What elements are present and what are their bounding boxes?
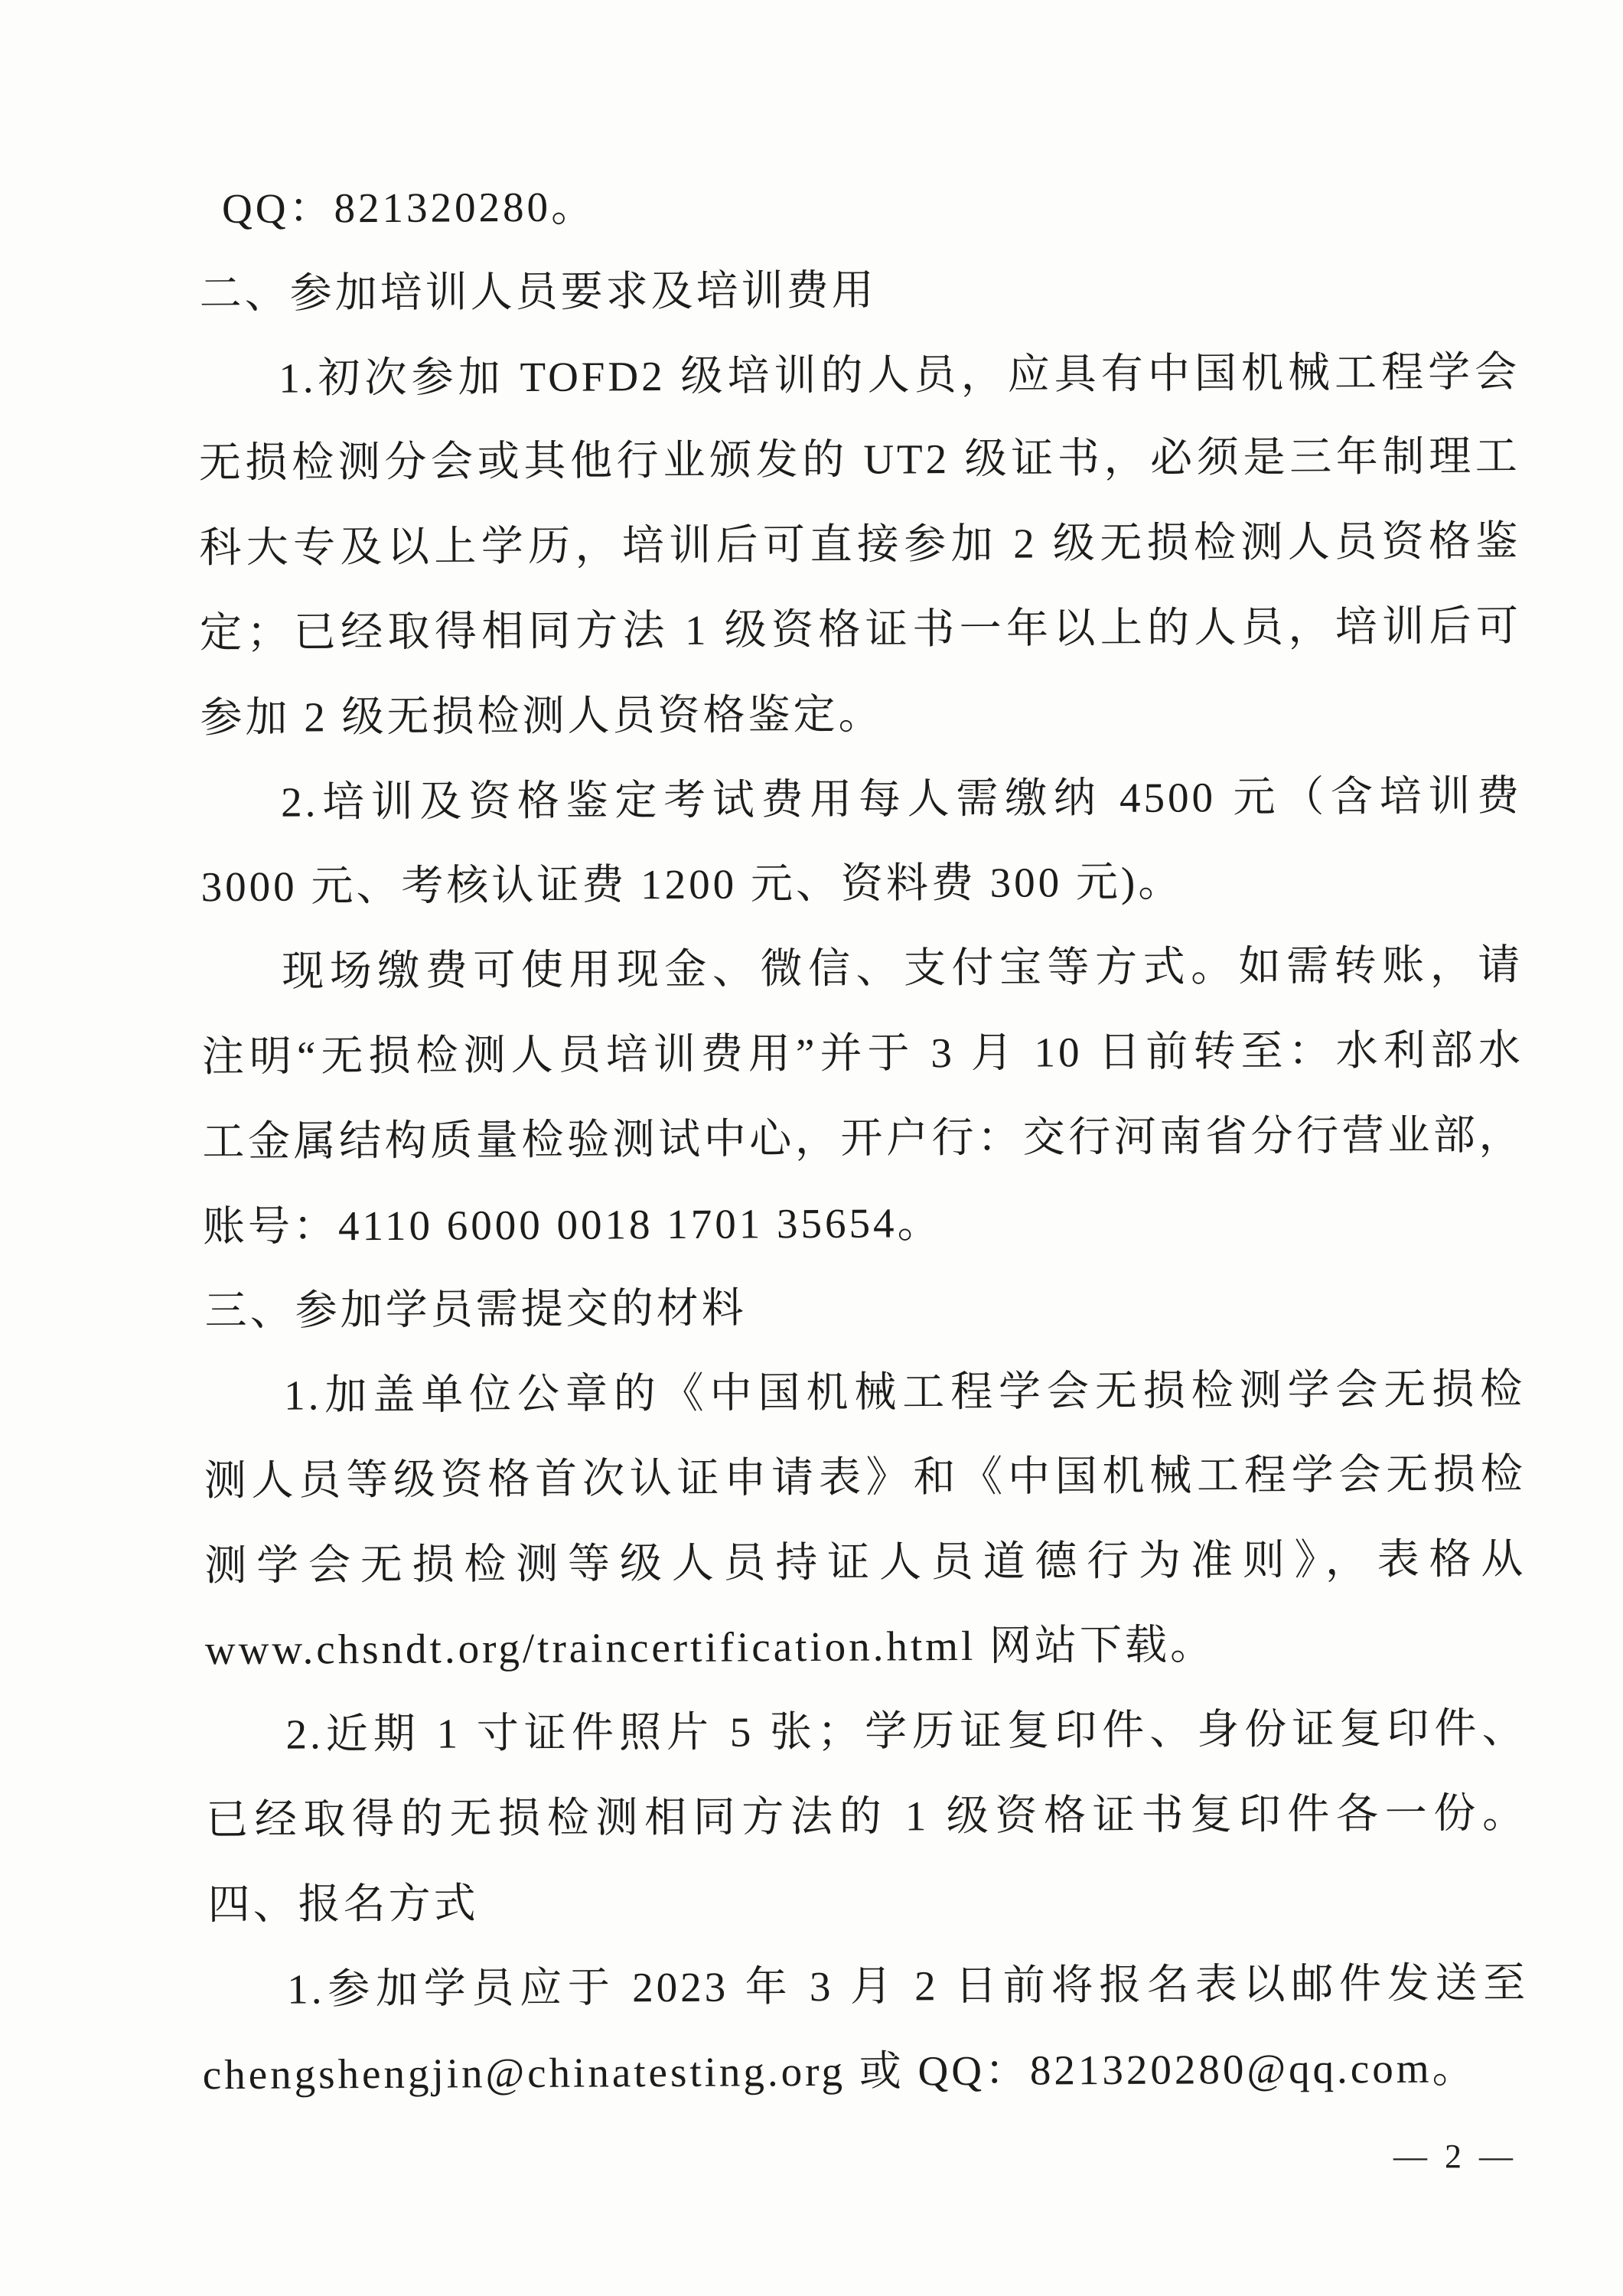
doc-line: 已经取得的无损检测相同方法的 1 级资格证书复印件各一份。 <box>206 1788 1527 1845</box>
doc-line: 1.初次参加 TOFD2 级培训的人员，应具有中国机械工程学会 <box>279 347 1520 403</box>
contact-qq-line: QQ：821320280。 <box>222 181 596 234</box>
doc-line: 3000 元、考核认证费 1200 元、资料费 300 元)。 <box>201 856 1184 912</box>
bank-account-line: 账号：4110 6000 0018 1701 35654。 <box>203 1198 943 1252</box>
download-url-line: www.chsndt.org/traincertification.html 网… <box>205 1619 1215 1675</box>
doc-line: 工金属结构质量检验测试中心，开户行：交行河南省分行营业部， <box>202 1110 1524 1167</box>
doc-line: 测人员等级资格首次认证申请表》和《中国机械工程学会无损检 <box>204 1449 1526 1506</box>
section-heading-3: 三、参加学员需提交的材料 <box>204 1283 746 1336</box>
doc-line: 科大专及以上学历，培训后可直接参加 2 级无损检测人员资格鉴 <box>199 516 1520 573</box>
doc-line: 1.加盖单位公章的《中国机械工程学会无损检测学会无损检 <box>284 1364 1525 1420</box>
doc-line: 2.培训及资格鉴定考试费用每人需缴纳 4500 元（含培训费 <box>281 771 1522 827</box>
doc-line: 参加 2 级无损检测人员资格鉴定。 <box>200 690 883 744</box>
doc-line: 1.参加学员应于 2023 年 3 月 2 日前将报名表以邮件发送至 <box>287 1958 1528 2014</box>
doc-line: 无损检测分会或其他行业颁发的 UT2 级证书，必须是三年制理工 <box>199 431 1520 488</box>
page-number: — 2 — <box>1393 2137 1517 2176</box>
contact-email-line: chengshengjin@chinatesting.org 或 QQ：8213… <box>203 2043 1478 2100</box>
doc-line: 定；已经取得相同方法 1 级资格证书一年以上的人员，培训后可 <box>200 601 1521 658</box>
section-heading-4: 四、报名方式 <box>207 1878 478 1930</box>
document-content: QQ：821320280。 二、参加培训人员要求及培训费用 1.初次参加 TOF… <box>0 0 1623 2296</box>
doc-line: 注明“无损检测人员培训费用”并于 3 月 10 日前转至：水利部水 <box>202 1025 1524 1082</box>
doc-line: 现场缴费可使用现金、微信、支付宝等方式。如需转账，请 <box>282 940 1523 996</box>
scanned-document-page: QQ：821320280。 二、参加培训人员要求及培训费用 1.初次参加 TOF… <box>0 0 1623 2296</box>
doc-line: 测学会无损检测等级人员持证人员道德行为准则》，表格从 <box>204 1534 1526 1591</box>
doc-line: 2.近期 1 寸证件照片 5 张；学历证复印件、身份证复印件、 <box>285 1703 1527 1760</box>
section-heading-2: 二、参加培训人员要求及培训费用 <box>199 266 876 320</box>
